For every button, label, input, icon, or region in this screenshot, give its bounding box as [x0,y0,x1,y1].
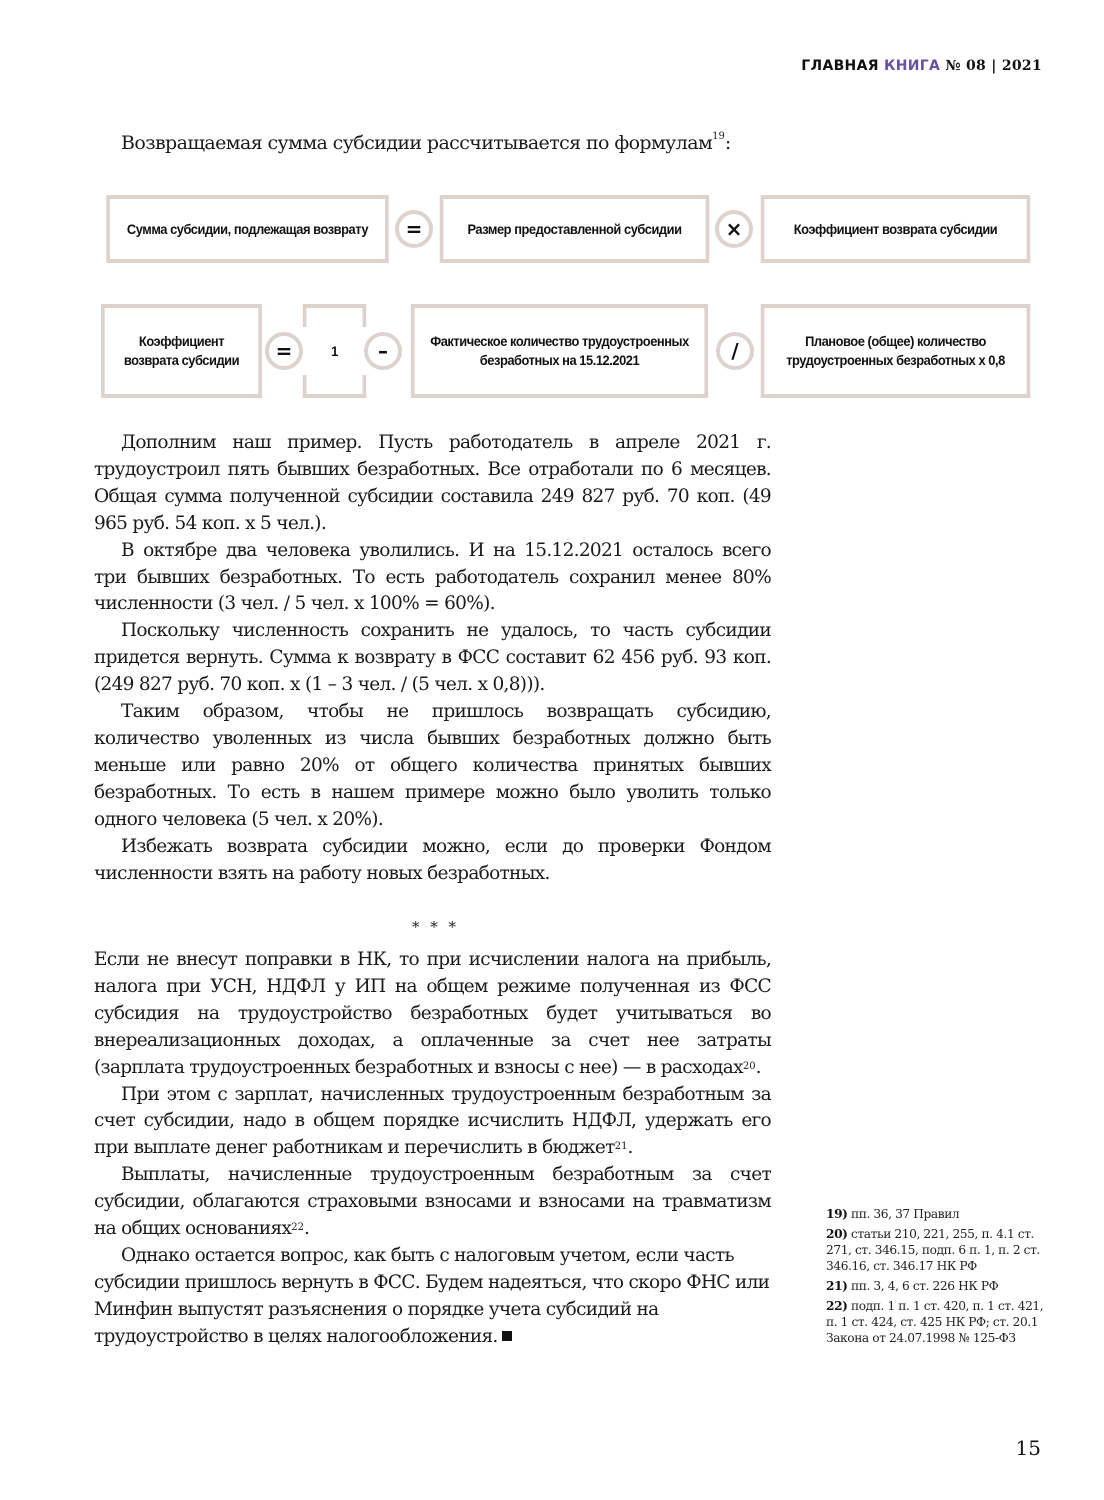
paragraph: Однако остается вопрос, как быть с налог… [94,1243,771,1351]
footnotes: 19) пп. 36, 37 Правил 20) статьи 210, 22… [826,1206,1056,1350]
formula2-box-one: 1 [303,304,366,398]
footnote-text: пп. 3, 4, 6 ст. 226 НК РФ [851,1279,998,1293]
paragraph: Поскольку численность сохранить не удало… [94,618,771,699]
multiply-operator-icon: × [715,210,753,248]
minus-operator-icon: – [364,332,402,370]
footnote: 22) подп. 1 п. 1 ст. 420, п. 1 ст. 421, … [826,1298,1056,1346]
formula2-box-text: Плановое (общее) количество трудоустроен… [776,332,1015,370]
paragraph-text: Выплаты, начисленные трудоустроенным без… [94,1164,771,1239]
formula2-box-actual-count: Фактическое количество трудоустроенных б… [411,304,708,398]
equals-operator-icon: = [265,332,303,370]
footnote-text: подп. 1 п. 1 ст. 420, п. 1 ст. 421, п. 1… [826,1299,1043,1345]
section-separator: * * * [412,918,459,936]
brand-name-part2: КНИГА [884,58,940,74]
intro-text: Возвращаемая сумма субсидии рассчитывает… [121,132,712,154]
paragraph-text: Однако остается вопрос, как быть с налог… [94,1245,769,1347]
equals-operator-icon: = [395,210,433,248]
footnote: 19) пп. 36, 37 Правил [826,1206,1056,1222]
footnote-ref-20: 20 [743,1061,756,1072]
footnote: 21) пп. 3, 4, 6 ст. 226 НК РФ [826,1278,1056,1294]
formula1-box-text: Коэффициент возврата субсидии [794,220,998,239]
formula1-box-granted-subsidy: Размер предоставленной субсидии [440,195,710,263]
magazine-header: ГЛАВНАЯ КНИГА № 08 | 2021 [801,58,1042,74]
formula2-box-planned-count: Плановое (общее) количество трудоустроен… [761,304,1031,398]
formula1-box-text: Размер предоставленной субсидии [467,220,681,239]
issue-number: № 08 | 2021 [945,58,1042,74]
formula2-box-text: 1 [331,342,338,361]
tax-section: Если не внесут поправки в НК, то при исч… [94,947,771,1351]
formula-intro: Возвращаемая сумма субсидии рассчитывает… [121,132,731,154]
paragraph: Таким образом, чтобы не пришлось возвращ… [94,699,771,834]
footnote-text: статьи 210, 221, 255, п. 4.1 ст. 271, ст… [826,1227,1040,1273]
footnote-ref-21: 21 [615,1141,628,1152]
example-section: Дополним наш пример. Пусть работодатель … [94,430,771,887]
end-of-article-mark-icon [502,1331,512,1341]
page-number: 15 [1016,1436,1041,1460]
divide-operator-icon: / [716,332,754,370]
footnote-text: пп. 36, 37 Правил [851,1207,959,1221]
footnote-ref-22: 22 [291,1222,304,1233]
paragraph: Выплаты, начисленные трудоустроенным без… [94,1162,771,1243]
paragraph: В октябре два человека уволились. И на 1… [94,538,771,619]
formula1-box-text: Сумма субсидии, подлежащая возврату [127,220,368,239]
paragraph-text: При этом с зарплат, начисленных трудоуст… [94,1084,771,1159]
formula2-box-text: Фактическое количество трудоустроенных б… [417,332,702,370]
footnote-number: 22) [826,1299,848,1313]
paragraph: Если не внесут поправки в НК, то при исч… [94,947,771,1082]
formula1-box-refund-sum: Сумма субсидии, подлежащая возврату [106,195,388,263]
footnote-number: 20) [826,1227,848,1241]
footnote-ref-19: 19 [712,131,725,142]
paragraph-text: Если не внесут поправки в НК, то при исч… [94,949,771,1078]
footnote-number: 21) [826,1279,848,1293]
formula1-box-refund-coefficient: Коэффициент возврата субсидии [761,195,1031,263]
brand-name-part1: ГЛАВНАЯ [801,58,879,74]
formula2-box-refund-coefficient: Коэффициент возврата субсидии [101,304,262,398]
footnote-number: 19) [826,1207,848,1221]
intro-tail: : [725,132,731,154]
paragraph: Избежать возврата субсидии можно, если д… [94,834,771,888]
paragraph: При этом с зарплат, начисленных трудоуст… [94,1082,771,1163]
formula2-box-text: Коэффициент возврата субсидии [122,332,242,370]
paragraph: Дополним наш пример. Пусть работодатель … [94,430,771,538]
footnote: 20) статьи 210, 221, 255, п. 4.1 ст. 271… [826,1226,1056,1274]
